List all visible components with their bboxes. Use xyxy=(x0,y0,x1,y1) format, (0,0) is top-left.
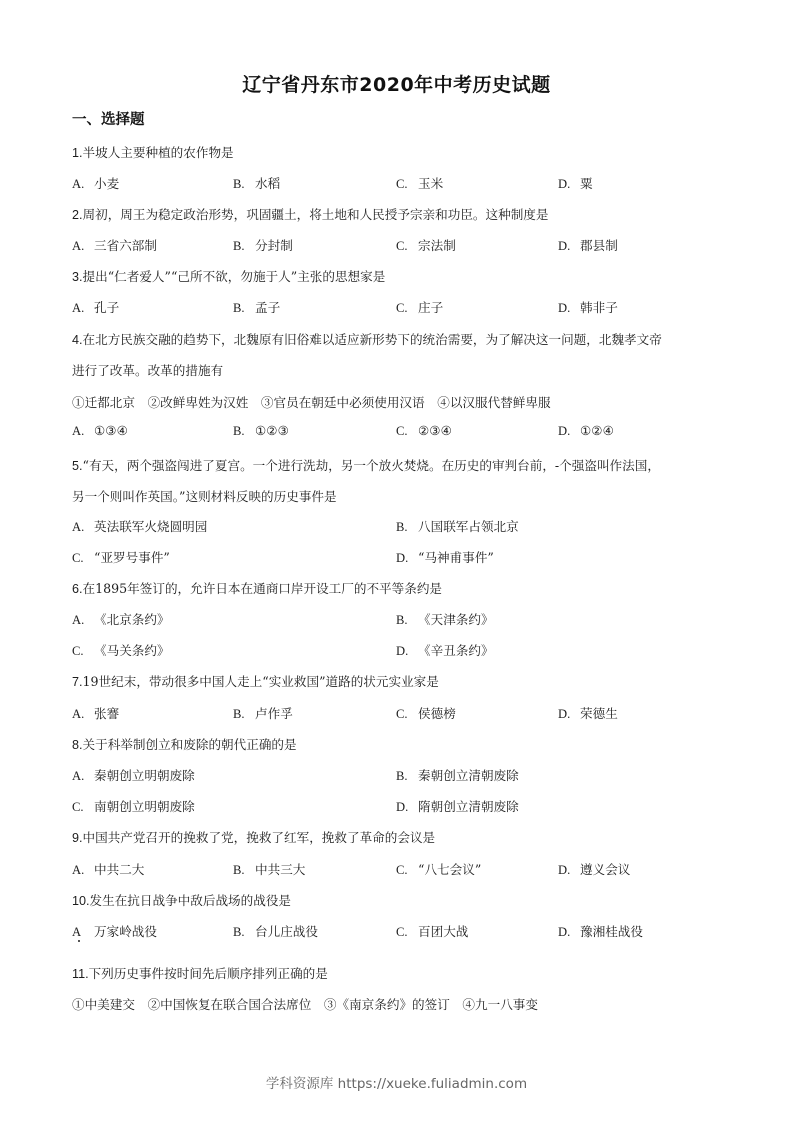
q1-option-d: D.粟 xyxy=(558,173,593,192)
q5-option-d: D.“马神甫事件” xyxy=(396,547,494,566)
q6-option-c: C.《马关条约》 xyxy=(72,640,170,659)
question-5-stem-line2: 另一个则叫作英国。”这则材料反映的历史事件是 xyxy=(72,486,337,505)
q1-option-c: C.玉米 xyxy=(396,173,443,192)
q2-option-d: D.郡县制 xyxy=(558,235,618,254)
q8-option-c: C.南朝创立明朝废除 xyxy=(72,796,195,815)
q3-option-d: D.韩非子 xyxy=(558,297,618,316)
q5-option-b: B.八国联军占领北京 xyxy=(396,516,519,535)
question-6-stem: 6.在1895年签订的，允许日本在通商口岸开设工厂的不平等条约是 xyxy=(72,578,442,597)
document-title: 辽宁省丹东市2020年中考历史试题 xyxy=(0,70,793,97)
question-1-stem: 1.半坡人主要种植的农作物是 xyxy=(72,142,234,161)
q8-option-a: A.秦朝创立明朝废除 xyxy=(72,765,195,784)
q3-option-c: C.庄子 xyxy=(396,297,443,316)
q2-option-b: B.分封制 xyxy=(233,235,293,254)
q3-option-b: B.孟子 xyxy=(233,297,280,316)
question-4-stem-line1: 4.在北方民族交融的趋势下，北魏原有旧俗难以适应新形势下的统治需要，为了解决这一… xyxy=(72,329,662,348)
q9-option-b: B.中共三大 xyxy=(233,859,305,878)
q9-option-c: C.“八七会议” xyxy=(396,859,481,878)
q10-option-b: B.台儿庄战役 xyxy=(233,921,318,940)
stray-dot xyxy=(78,940,80,942)
question-5-stem-line1: 5.“有天，两个强盗闯进了夏宫。一个进行洗劫，另一个放火焚烧。在历史的审判台前，… xyxy=(72,455,660,474)
q4-option-b: B.①②③ xyxy=(233,423,289,439)
section-heading: 一、选择题 xyxy=(72,108,145,129)
q7-option-a: A.张謇 xyxy=(72,703,119,722)
q6-option-b: B.《天津条约》 xyxy=(396,609,494,628)
q10-option-a: A万家岭战役 xyxy=(72,921,157,940)
question-3-stem: 3.提出“仁者爱人”“己所不欲，勿施于人”主张的思想家是 xyxy=(72,266,385,285)
question-10-stem: 10.发生在抗日战争中敌后战场的战役是 xyxy=(72,890,291,909)
footer-watermark: 学科资源库 https://xueke.fuliadmin.com xyxy=(0,1072,793,1092)
q9-option-d: D.遵义会议 xyxy=(558,859,630,878)
q8-option-b: B.秦朝创立清朝废除 xyxy=(396,765,519,784)
q1-option-b: B.水稻 xyxy=(233,173,280,192)
question-8-stem: 8.关于科举制创立和废除的朝代正确的是 xyxy=(72,734,297,753)
document-page: 辽宁省丹东市2020年中考历史试题 一、选择题 1.半坡人主要种植的农作物是 A… xyxy=(0,0,793,1122)
q6-option-d: D.《辛丑条约》 xyxy=(396,640,494,659)
q6-option-a: A.《北京条约》 xyxy=(72,609,170,628)
q10-option-d: D.豫湘桂战役 xyxy=(558,921,643,940)
q7-option-c: C.侯德榜 xyxy=(396,703,456,722)
question-11-items: ①中美建交 ②中国恢复在联合国合法席位 ③《南京条约》的签订 ④九一八事变 xyxy=(72,994,538,1013)
q3-option-a: A.孔子 xyxy=(72,297,119,316)
q8-option-d: D.隋朝创立清朝废除 xyxy=(396,796,519,815)
question-11-stem: 11.下列历史事件按时间先后顺序排列正确的是 xyxy=(72,963,328,982)
q4-option-d: D.①②④ xyxy=(558,423,614,439)
question-9-stem: 9.中国共产党召开的挽救了党，挽救了红军，挽救了革命的会议是 xyxy=(72,827,435,846)
q7-option-b: B.卢作孚 xyxy=(233,703,293,722)
q2-option-c: C.宗法制 xyxy=(396,235,456,254)
q10-option-c: C.百团大战 xyxy=(396,921,468,940)
q5-option-a: A.英法联军火烧圆明园 xyxy=(72,516,207,535)
question-7-stem: 7.19世纪末，带动很多中国人走上“实业救国”道路的状元实业家是 xyxy=(72,671,439,690)
q4-option-c: C.②③④ xyxy=(396,423,452,439)
q5-option-c: C.“亚罗号事件” xyxy=(72,547,170,566)
q9-option-a: A.中共二大 xyxy=(72,859,144,878)
question-4-stem-line2: 进行了改革。改革的措施有 xyxy=(72,360,223,379)
question-2-stem: 2.周初，周王为稳定政治形势，巩固疆土，将土地和人民授予宗亲和功臣。这种制度是 xyxy=(72,204,548,223)
q1-option-a: A.小麦 xyxy=(72,173,119,192)
q7-option-d: D.荣德生 xyxy=(558,703,618,722)
q2-option-a: A.三省六部制 xyxy=(72,235,157,254)
q4-option-a: A.①③④ xyxy=(72,423,128,439)
question-4-items: ①迁都北京 ②改鲜卑姓为汉姓 ③官员在朝廷中必须使用汉语 ④以汉服代替鲜卑服 xyxy=(72,392,551,411)
